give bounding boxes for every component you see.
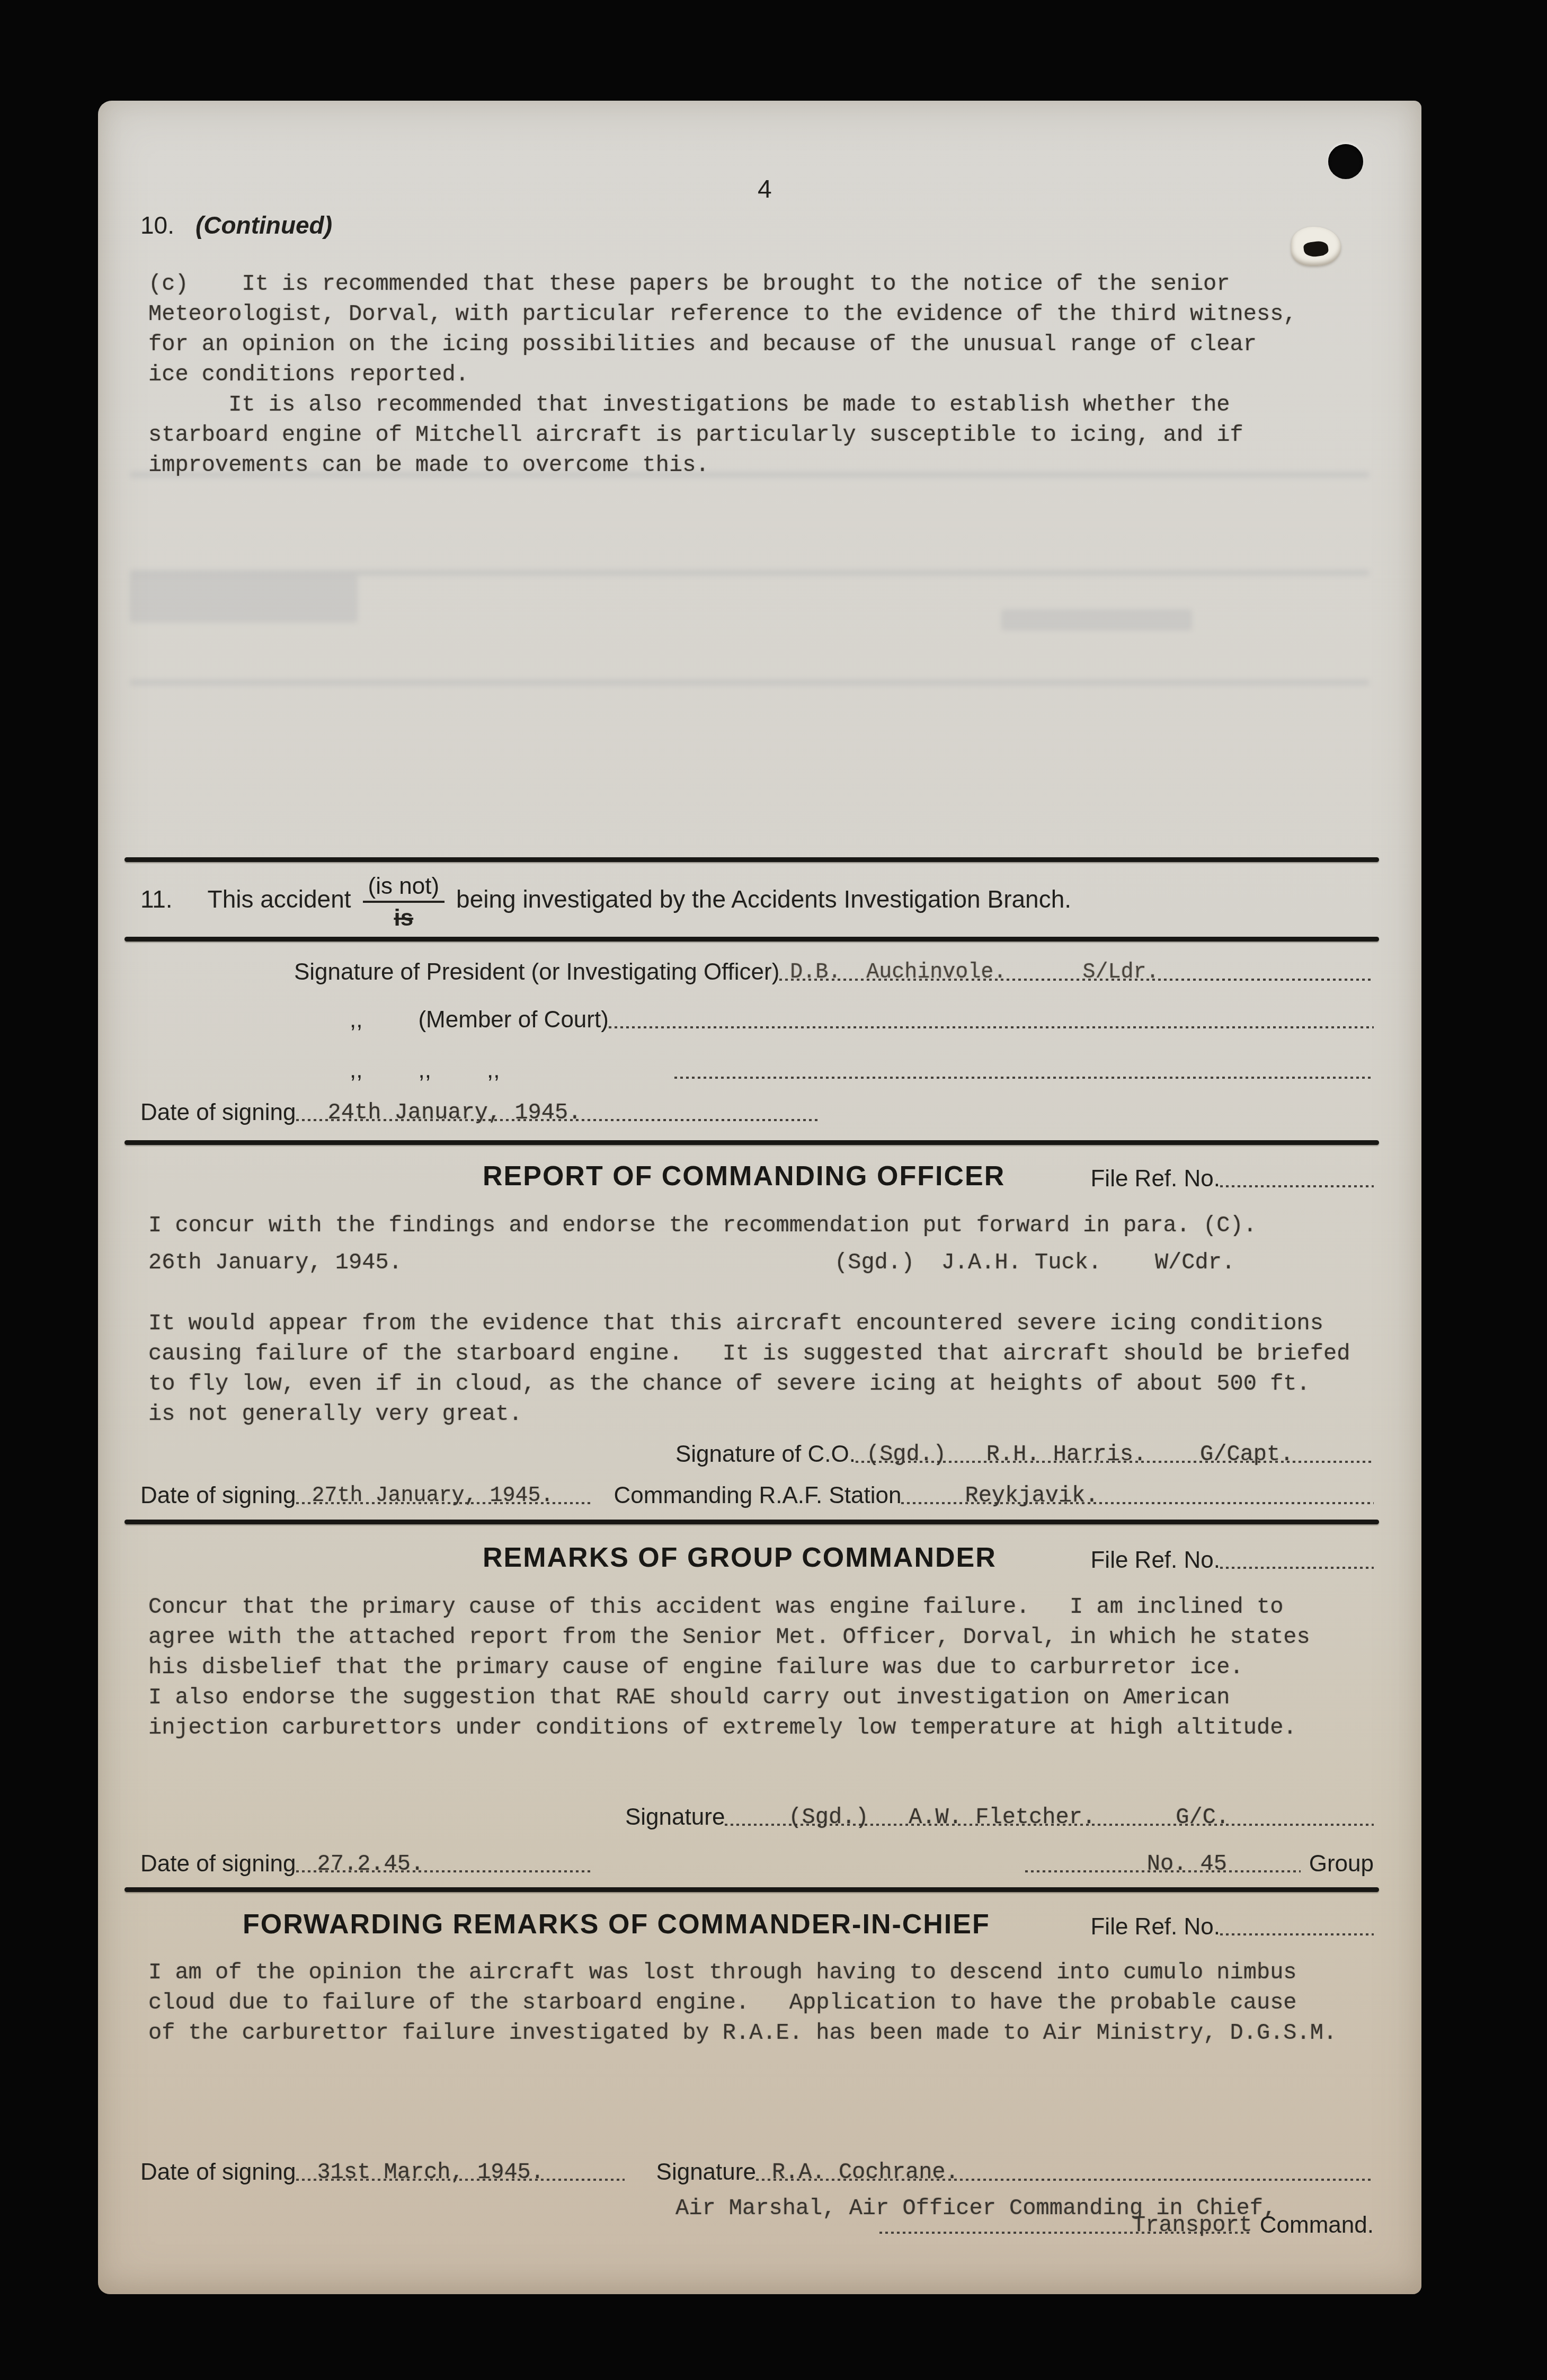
group-signature-value: (Sgd.) A.W. Fletcher. G/C.	[725, 1802, 1229, 1833]
document-page: 4 10. (Continued) (c) It is recommended …	[98, 101, 1421, 2294]
file-ref-field	[1220, 1908, 1374, 1940]
bleedthrough-smudge	[130, 575, 358, 623]
group-signature-label: Signature	[625, 1804, 725, 1831]
section-11-prefix: This accident	[208, 885, 351, 913]
bleedthrough-line	[130, 570, 1370, 576]
is-not-selector: (is not) is	[363, 873, 444, 931]
date-of-signing-field-3: 27.2.45.	[296, 1845, 593, 1877]
command-row: Transport Command.	[140, 2207, 1374, 2239]
divider-rule	[125, 1887, 1379, 1892]
member-of-court-field	[609, 1001, 1374, 1033]
cinc-signature-field: R.A. Cochrane.	[756, 2154, 1374, 2186]
co-signature-row: Signature of C.O. (Sgd.) R.H. Harris. G/…	[140, 1434, 1374, 1468]
paper-tear	[1291, 227, 1341, 266]
paper-tear-core	[1303, 240, 1329, 257]
date-of-signing-field-4: 31st March, 1945.	[296, 2154, 625, 2186]
co-signature-label: Signature of C.O.	[675, 1441, 856, 1468]
co-concur-line: I concur with the findings and endorse t…	[148, 1211, 1377, 1241]
co-signature-field: (Sgd.) R.H. Harris. G/Capt.	[856, 1436, 1374, 1468]
co-report-body: It would appear from the evidence that t…	[148, 1309, 1377, 1429]
section-11-number: 11.	[140, 885, 173, 913]
date-of-signing-field-2: 27th January, 1945.	[296, 1477, 593, 1509]
date-of-signing-row-1: Date of signing 24th January, 1945.	[140, 1092, 1374, 1126]
co-report-heading: REPORT OF COMMANDING OFFICER	[483, 1160, 1005, 1192]
cinc-remarks-body: I am of the opinion the aircraft was los…	[148, 1958, 1377, 2048]
president-signature-label: Signature of President (or Investigating…	[294, 959, 779, 985]
command-label: Command.	[1260, 2212, 1374, 2239]
section-10-continued-label: (Continued)	[195, 211, 332, 239]
ditto-mark: ,,	[487, 1057, 500, 1084]
group-heading-row: REMARKS OF GROUP COMMANDER File Ref. No.	[140, 1542, 1374, 1574]
group-label: Group	[1309, 1851, 1374, 1877]
date-of-signing-label: Date of signing	[140, 1851, 296, 1877]
member-of-court-label: (Member of Court)	[418, 1007, 608, 1033]
date-of-signing-label: Date of signing	[140, 2159, 296, 2186]
date-of-signing-label: Date of signing	[140, 1482, 296, 1509]
co-date-line: 26th January, 1945.	[148, 1250, 402, 1275]
president-signature-value: D.B. Auchinvole. S/Ldr.	[779, 957, 1159, 988]
date-of-signing-row-2: Date of signing 27th January, 1945. Comm…	[140, 1476, 1374, 1509]
file-ref-label: File Ref. No.	[1090, 1547, 1220, 1574]
date-of-signing-value-2: 27th January, 1945.	[296, 1481, 554, 1511]
punch-hole	[1328, 144, 1363, 179]
group-signature-row: Signature (Sgd.) A.W. Fletcher. G/C.	[140, 1797, 1374, 1831]
ditto-mark: ,,	[350, 1057, 362, 1084]
file-ref-field	[1220, 1160, 1374, 1192]
page-number: 4	[758, 175, 772, 204]
group-remarks-heading: REMARKS OF GROUP COMMANDER	[483, 1542, 997, 1574]
bleedthrough-line	[130, 679, 1370, 686]
group-signature-field: (Sgd.) A.W. Fletcher. G/C.	[725, 1799, 1374, 1831]
date-of-signing-label: Date of signing	[140, 1099, 296, 1126]
command-field: Transport	[879, 2207, 1252, 2239]
section-10-number: 10.	[140, 211, 174, 239]
ditto-mark: ,,	[418, 1057, 431, 1084]
president-signature-row: Signature of President (or Investigating…	[140, 952, 1374, 985]
paragraph-c: (c) It is recommended that these papers …	[148, 269, 1377, 481]
member-of-court-row: ,, (Member of Court)	[140, 999, 1374, 1033]
file-ref-field	[1220, 1542, 1374, 1574]
date-of-signing-value-1: 24th January, 1945.	[296, 1098, 582, 1128]
cinc-remarks-heading: FORWARDING REMARKS OF COMMANDER-IN-CHIEF	[243, 1908, 990, 1940]
is-not-option: (is not)	[363, 873, 444, 903]
group-number-value: No. 45	[1025, 1849, 1227, 1879]
ditto-row: ,, ,, ,,	[140, 1050, 1374, 1084]
group-number-field: No. 45	[1025, 1845, 1301, 1877]
cinc-heading-row: FORWARDING REMARKS OF COMMANDER-IN-CHIEF…	[140, 1908, 1374, 1940]
commanding-station-value: Reykjavik.	[901, 1481, 1098, 1511]
date-of-signing-value-4: 31st March, 1945.	[296, 2157, 544, 2188]
divider-rule	[125, 1520, 1379, 1524]
divider-rule	[125, 1140, 1379, 1145]
photo-background: 4 10. (Continued) (c) It is recommended …	[0, 0, 1547, 2380]
co-report-heading-row: REPORT OF COMMANDING OFFICER File Ref. N…	[140, 1160, 1374, 1192]
commanding-station-field: Reykjavik.	[901, 1477, 1374, 1509]
cinc-signature-label: Signature	[656, 2159, 756, 2186]
date-of-signing-field-1: 24th January, 1945.	[296, 1094, 821, 1126]
file-ref-label: File Ref. No.	[1090, 1914, 1220, 1940]
bleedthrough-smudge	[1001, 609, 1192, 630]
ditto-signature-field	[674, 1052, 1374, 1084]
section-11-line: 11. This accident (is not) is being inve…	[140, 859, 1374, 939]
date-of-signing-row-3: Date of signing 27.2.45. No. 45 Group	[140, 1844, 1374, 1877]
section-11-suffix: being investigated by the Accidents Inve…	[456, 885, 1071, 913]
cinc-signature-value: R.A. Cochrane.	[756, 2157, 959, 2188]
commanding-station-label: Commanding R.A.F. Station	[614, 1482, 902, 1509]
group-remarks-body: Concur that the primary cause of this ac…	[148, 1592, 1377, 1743]
co-sgd-line: (Sgd.) J.A.H. Tuck. W/Cdr.	[834, 1248, 1235, 1278]
president-signature-field: D.B. Auchinvole. S/Ldr.	[779, 954, 1374, 985]
command-value: Transport	[1132, 2210, 1252, 2241]
divider-rule	[125, 937, 1379, 942]
ditto-mark: ,,	[350, 1007, 362, 1033]
date-of-signing-value-3: 27.2.45.	[296, 1849, 424, 1879]
co-signature-value: (Sgd.) R.H. Harris. G/Capt.	[856, 1440, 1294, 1470]
file-ref-label: File Ref. No.	[1090, 1166, 1220, 1192]
is-option-struck: is	[394, 905, 413, 931]
date-of-signing-row-4: Date of signing 31st March, 1945. Signat…	[140, 2152, 1374, 2186]
